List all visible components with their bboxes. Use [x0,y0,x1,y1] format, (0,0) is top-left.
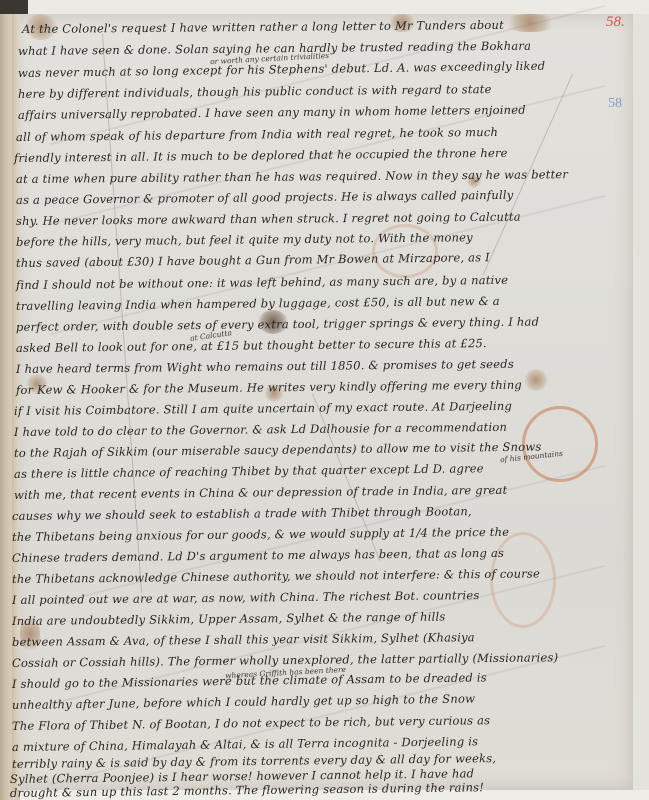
folio-number-red: 58. [606,14,625,31]
scan-corner [0,0,28,14]
scan-top-margin [28,0,649,14]
foxing-stain [524,369,548,391]
foxing-stain [502,14,558,32]
folio-number-blue: 58 [608,96,622,112]
